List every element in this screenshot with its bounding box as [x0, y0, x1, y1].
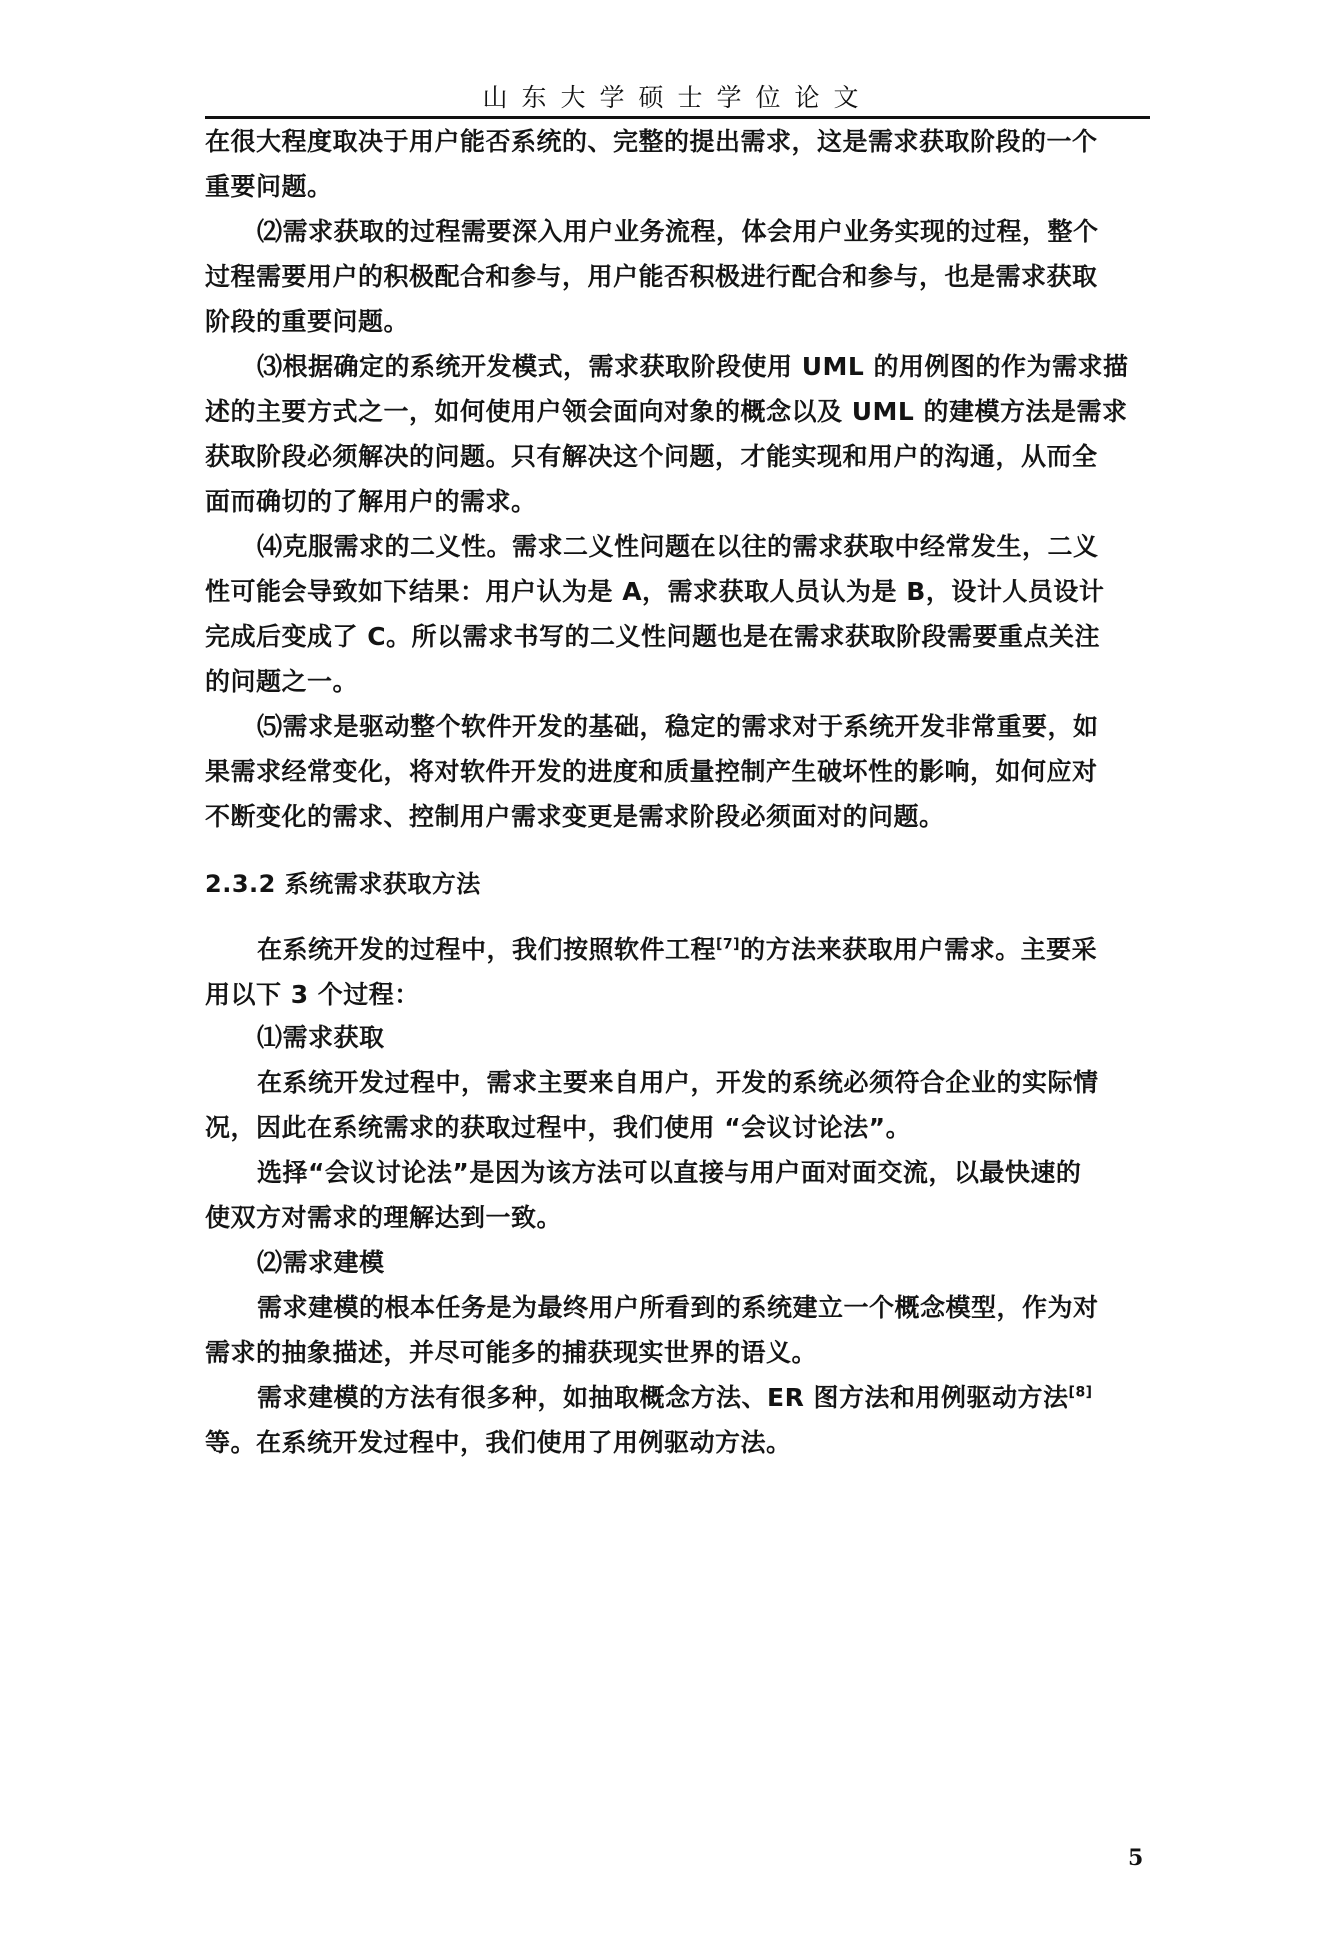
paragraph-line: 完成后变成了 C。所以需求书写的二义性问题也是在需求获取阶段需要重点关注	[205, 621, 1150, 653]
running-header: 山东大学硕士学位论文	[205, 78, 1150, 114]
paragraph-line: 需求的抽象描述，并尽可能多的捕获现实世界的语义。	[205, 1337, 1150, 1369]
section-heading: 2.3.2 系统需求获取方法	[205, 868, 1150, 900]
subsection-title: ⑴需求获取	[257, 1022, 1150, 1054]
section-title: 系统需求获取方法	[285, 870, 481, 898]
paragraph-line: 性可能会导致如下结果：用户认为是 A，需求获取人员认为是 B，设计人员设计	[205, 576, 1150, 608]
thesis-page: 山东大学硕士学位论文 在很大程度取决于用户能否系统的、完整的提出需求，这是需求获…	[0, 0, 1338, 1954]
header-rule	[205, 116, 1150, 119]
paragraph-line: 果需求经常变化，将对软件开发的进度和质量控制产生破坏性的影响，如何应对	[205, 756, 1150, 788]
paragraph-line: 选择“会议讨论法”是因为该方法可以直接与用户面对面交流，以最快速的	[257, 1157, 1150, 1189]
paragraph-line: 需求建模的方法有很多种，如抽取概念方法、ER 图方法和用例驱动方法[8]	[257, 1382, 1150, 1414]
paragraph-line: 等。在系统开发过程中，我们使用了用例驱动方法。	[205, 1427, 1150, 1459]
paragraph-line: 述的主要方式之一，如何使用户领会面向对象的概念以及 UML 的建模方法是需求	[205, 396, 1150, 428]
paragraph-line: 过程需要用户的积极配合和参与，用户能否积极进行配合和参与，也是需求获取	[205, 261, 1150, 293]
paragraph-line: 重要问题。	[205, 171, 1150, 203]
citation-ref: [8]	[1069, 1385, 1093, 1401]
subsection-title: ⑵需求建模	[257, 1247, 1150, 1279]
paragraph-line: ⑷克服需求的二义性。需求二义性问题在以往的需求获取中经常发生，二义	[257, 531, 1150, 563]
paragraph-line: 获取阶段必须解决的问题。只有解决这个问题，才能实现和用户的沟通，从而全	[205, 441, 1150, 473]
paragraph-line: 阶段的重要问题。	[205, 306, 1150, 338]
paragraph-line: ⑸需求是驱动整个软件开发的基础，稳定的需求对于系统开发非常重要，如	[257, 711, 1150, 743]
paragraph-line: 在系统开发过程中，需求主要来自用户，开发的系统必须符合企业的实际情	[257, 1067, 1150, 1099]
paragraph-line: 在很大程度取决于用户能否系统的、完整的提出需求，这是需求获取阶段的一个	[205, 126, 1150, 158]
page-number: 5	[1128, 1845, 1143, 1871]
paragraph-line: 需求建模的根本任务是为最终用户所看到的系统建立一个概念模型，作为对	[257, 1292, 1150, 1324]
paragraph-line: 的问题之一。	[205, 666, 1150, 698]
paragraph-line: 使双方对需求的理解达到一致。	[205, 1202, 1150, 1234]
paragraph-line: 面而确切的了解用户的需求。	[205, 486, 1150, 518]
section-number: 2.3.2	[205, 870, 276, 898]
paragraph-line: 不断变化的需求、控制用户需求变更是需求阶段必须面对的问题。	[205, 801, 1150, 833]
paragraph-line: ⑶根据确定的系统开发模式，需求获取阶段使用 UML 的用例图的作为需求描	[257, 351, 1150, 383]
paragraph-line: 况，因此在系统需求的获取过程中，我们使用 “会议讨论法”。	[205, 1112, 1150, 1144]
paragraph-line: 在系统开发的过程中，我们按照软件工程[7]的方法来获取用户需求。主要采	[257, 934, 1150, 966]
citation-ref: [7]	[716, 937, 740, 953]
paragraph-line: ⑵需求获取的过程需要深入用户业务流程，体会用户业务实现的过程，整个	[257, 216, 1150, 248]
paragraph-line: 用以下 3 个过程：	[205, 979, 1150, 1011]
